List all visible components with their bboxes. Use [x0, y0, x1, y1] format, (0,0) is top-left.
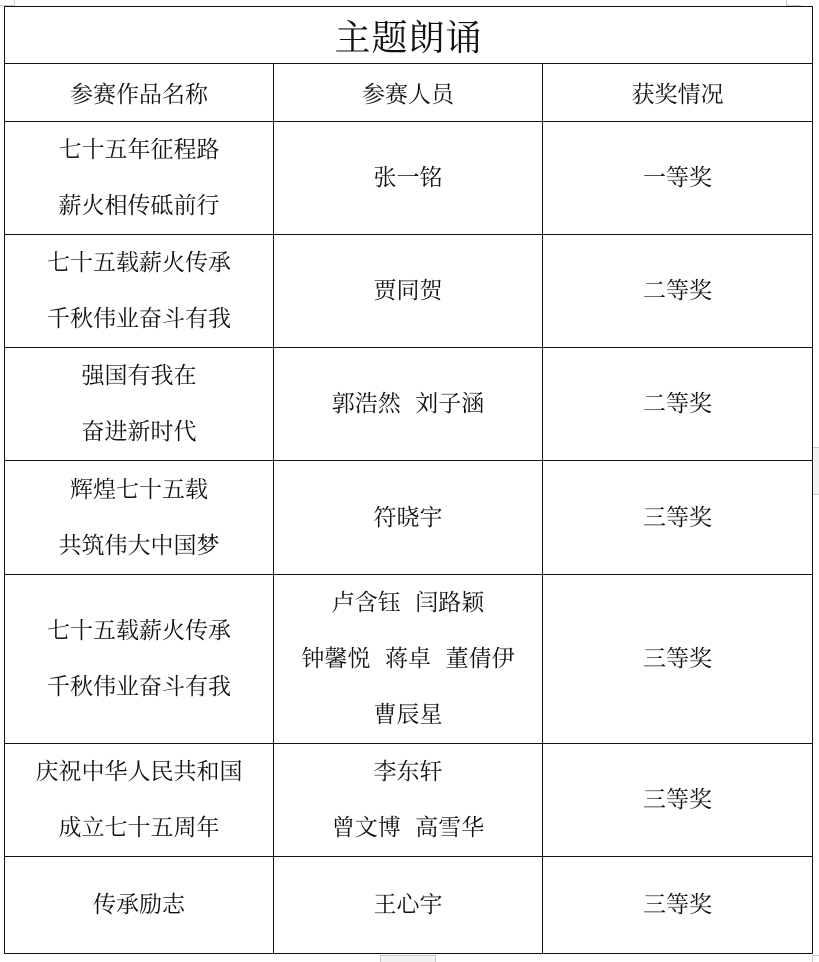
award-cell: 三等奖: [543, 744, 813, 857]
header-work-name: 参赛作品名称: [5, 64, 274, 122]
participants-line: 张一铭: [274, 150, 542, 206]
award-cell: 二等奖: [543, 235, 813, 348]
work-name-line: 薪火相传砥前行: [5, 178, 273, 234]
participants-line: 曾文博 高雪华: [274, 800, 542, 856]
award-cell: 二等奖: [543, 348, 813, 461]
table-row: 七十五载薪火传承千秋伟业奋斗有我卢含钰 闫路颖钟馨悦 蒋卓 董倩伊曹辰星三等奖: [5, 575, 813, 744]
participants-line: 卢含钰 闫路颖: [274, 575, 542, 631]
work-name-cell: 传承励志: [5, 857, 274, 954]
work-name-line: 七十五载薪火传承: [5, 603, 273, 659]
participants-cell: 符晓宇: [274, 461, 543, 575]
participants-line: 钟馨悦 蒋卓 董倩伊: [274, 631, 542, 687]
side-scroll-handle[interactable]: [812, 447, 819, 495]
table-row: 七十五载薪火传承千秋伟业奋斗有我贾同贺二等奖: [5, 235, 813, 348]
work-name-cell: 七十五载薪火传承千秋伟业奋斗有我: [5, 575, 274, 744]
participants-cell: 贾同贺: [274, 235, 543, 348]
work-name-line: 千秋伟业奋斗有我: [5, 291, 273, 347]
page-corner-mark-bottom-right: [812, 955, 819, 962]
participants-line: 李东轩: [274, 744, 542, 800]
award-cell: 三等奖: [543, 575, 813, 744]
work-name-cell: 庆祝中华人民共和国成立七十五周年: [5, 744, 274, 857]
table-row: 庆祝中华人民共和国成立七十五周年李东轩曾文博 高雪华三等奖: [5, 744, 813, 857]
participants-line: 曹辰星: [274, 687, 542, 743]
header-participants: 参赛人员: [274, 64, 543, 122]
table-row: 辉煌七十五载共筑伟大中国梦符晓宇三等奖: [5, 461, 813, 575]
participants-line: 王心宇: [274, 877, 542, 933]
title-row: 主题朗诵: [5, 7, 813, 64]
work-name-line: 庆祝中华人民共和国: [5, 744, 273, 800]
participants-line: 郭浩然 刘子涵: [274, 376, 542, 432]
work-name-line: 成立七十五周年: [5, 800, 273, 856]
award-cell: 三等奖: [543, 857, 813, 954]
table-row: 强国有我在奋进新时代郭浩然 刘子涵二等奖: [5, 348, 813, 461]
work-name-line: 传承励志: [5, 877, 273, 933]
bottom-scroll-handle[interactable]: [380, 955, 436, 962]
table-row: 七十五年征程路薪火相传砥前行张一铭一等奖: [5, 122, 813, 235]
header-row: 参赛作品名称 参赛人员 获奖情况: [5, 64, 813, 122]
work-name-line: 七十五载薪火传承: [5, 235, 273, 291]
award-cell: 一等奖: [543, 122, 813, 235]
participants-line: 符晓宇: [274, 490, 542, 546]
work-name-line: 共筑伟大中国梦: [5, 518, 273, 574]
work-name-cell: 强国有我在奋进新时代: [5, 348, 274, 461]
participants-cell: 郭浩然 刘子涵: [274, 348, 543, 461]
participants-cell: 张一铭: [274, 122, 543, 235]
table-row: 传承励志王心宇三等奖: [5, 857, 813, 954]
header-award: 获奖情况: [543, 64, 813, 122]
work-name-cell: 七十五载薪火传承千秋伟业奋斗有我: [5, 235, 274, 348]
participants-cell: 王心宇: [274, 857, 543, 954]
work-name-line: 千秋伟业奋斗有我: [5, 659, 273, 715]
participants-cell: 卢含钰 闫路颖钟馨悦 蒋卓 董倩伊曹辰星: [274, 575, 543, 744]
work-name-line: 强国有我在: [5, 348, 273, 404]
award-results-table: 主题朗诵 参赛作品名称 参赛人员 获奖情况 七十五年征程路薪火相传砥前行张一铭一…: [4, 6, 813, 954]
award-cell: 三等奖: [543, 461, 813, 575]
table-title: 主题朗诵: [5, 7, 813, 64]
work-name-cell: 七十五年征程路薪火相传砥前行: [5, 122, 274, 235]
work-name-line: 奋进新时代: [5, 404, 273, 460]
participants-cell: 李东轩曾文博 高雪华: [274, 744, 543, 857]
work-name-line: 辉煌七十五载: [5, 462, 273, 518]
participants-line: 贾同贺: [274, 263, 542, 319]
table-body: 七十五年征程路薪火相传砥前行张一铭一等奖七十五载薪火传承千秋伟业奋斗有我贾同贺二…: [5, 122, 813, 954]
work-name-cell: 辉煌七十五载共筑伟大中国梦: [5, 461, 274, 575]
work-name-line: 七十五年征程路: [5, 122, 273, 178]
